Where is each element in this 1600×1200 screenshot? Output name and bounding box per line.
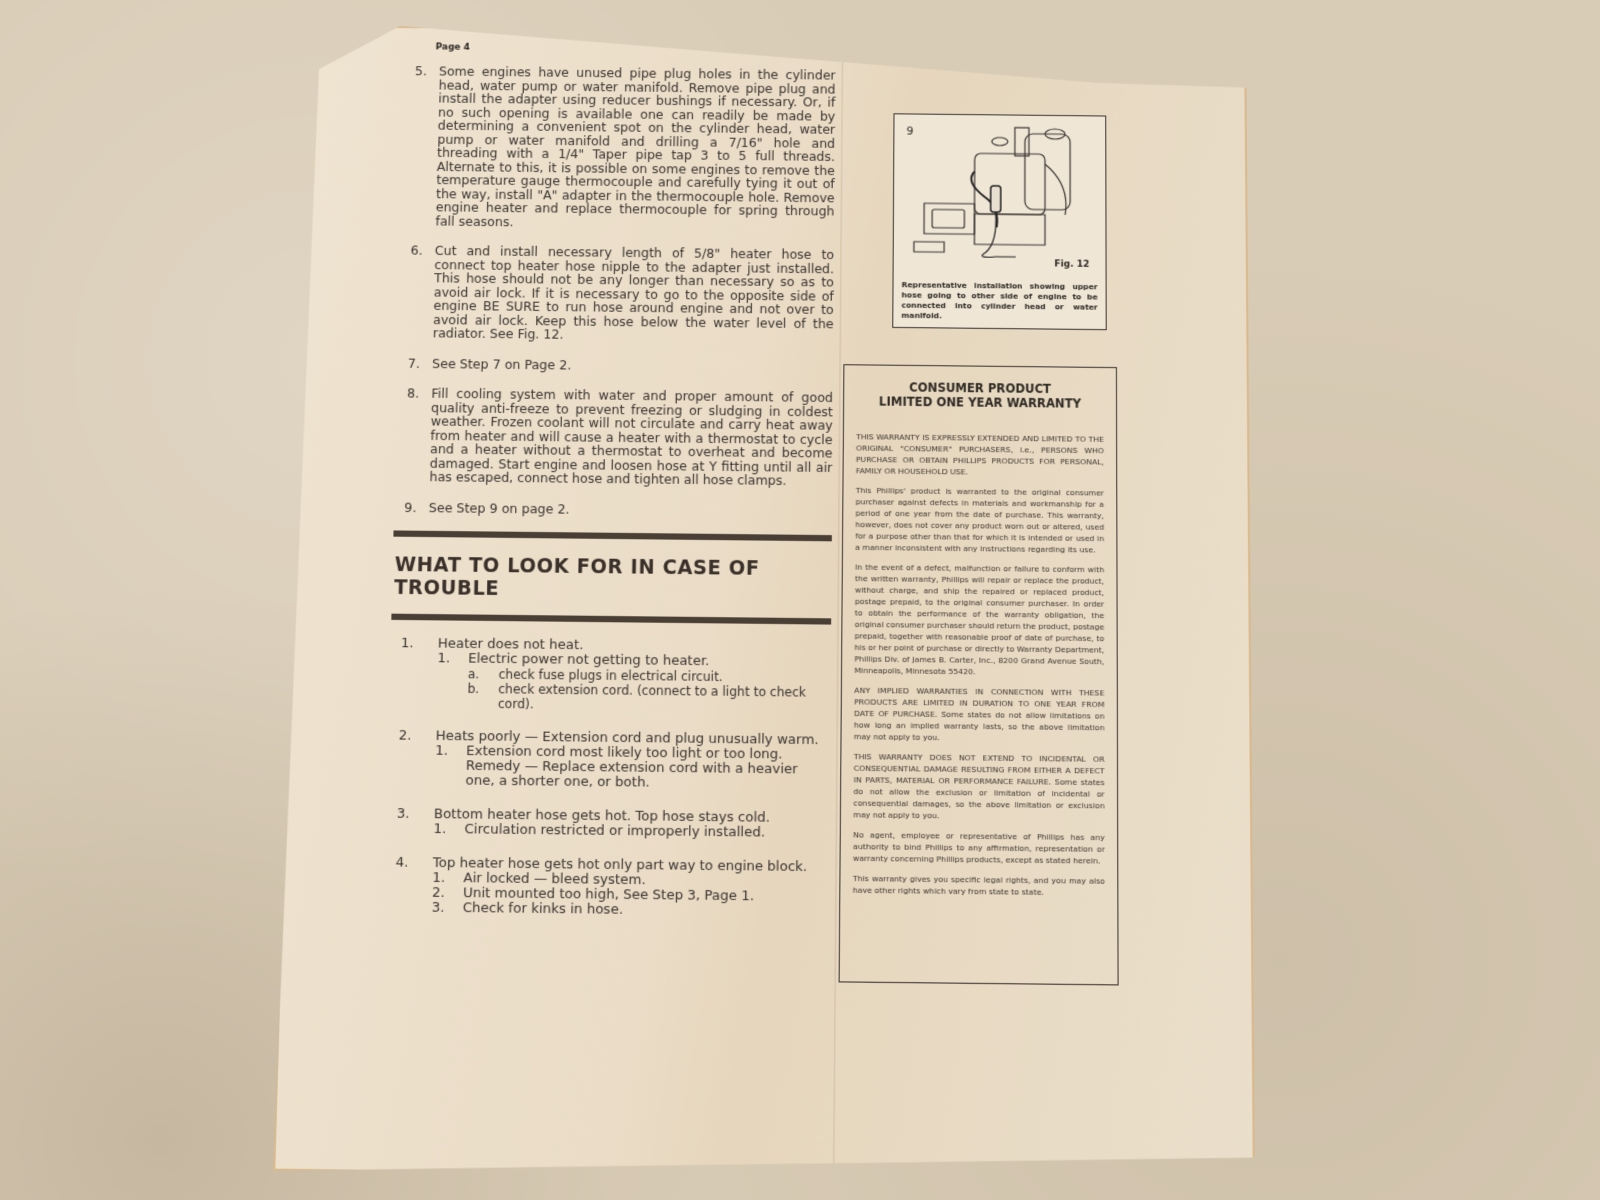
step-text: See Step 9 on page 2. xyxy=(429,500,833,518)
step-item: 5. Some engines have unused pipe plug ho… xyxy=(411,64,836,232)
engine-illustration-icon xyxy=(904,122,1096,265)
step-item: 8. Fill cooling system with water and pr… xyxy=(405,386,833,488)
figure-caption: Representative installation showing uppe… xyxy=(901,280,1097,323)
step-text: Some engines have unused pipe plug holes… xyxy=(435,64,835,231)
cause-text: Check for kinks in hose. xyxy=(463,901,624,918)
page-number: Page 4 xyxy=(435,42,470,52)
step-number: 6. xyxy=(408,243,435,339)
trouble-number: 2. xyxy=(399,729,436,744)
trouble-list: 1.Heater does not heat. 1.Electric power… xyxy=(394,637,831,921)
step-text: Cut and install necessary length of 5/8"… xyxy=(433,244,835,344)
trouble-item: 3.Bottom heater hose gets hot. Top hose … xyxy=(396,807,829,841)
trouble-number: 4. xyxy=(395,856,433,871)
step-number: 7. xyxy=(408,356,433,370)
cause-number: 1. xyxy=(437,652,468,667)
warranty-paragraph: In the event of a defect, malfunction or… xyxy=(854,561,1104,678)
cause-text: Circulation restricted or improperly ins… xyxy=(464,823,765,841)
section-divider-top xyxy=(393,530,832,541)
trouble-number: 3. xyxy=(397,807,434,822)
warranty-paragraph: THIS WARRANTY DOES NOT EXTEND TO INCIDEN… xyxy=(853,751,1105,823)
warranty-title: CONSUMER PRODUCT LIMITED ONE YEAR WARRAN… xyxy=(856,380,1104,411)
trouble-item: 2.Heats poorly — Extension cord and plug… xyxy=(397,729,830,793)
step-number: 9. xyxy=(404,500,429,514)
warranty-box: CONSUMER PRODUCT LIMITED ONE YEAR WARRAN… xyxy=(839,364,1119,985)
cause-number: 1. xyxy=(433,822,464,837)
warranty-paragraph: This Phillips' product is warranted to t… xyxy=(855,485,1104,556)
trouble-section-title: WHAT TO LOOK FOR IN CASE OF TROUBLE xyxy=(394,553,832,603)
check-text: check extension cord. (connect to a ligh… xyxy=(498,682,831,715)
figure-engine-installation: 9 Fig. 12 Representative installation sh… xyxy=(892,113,1106,330)
step-item: 7. See Step 7 on Page 2. xyxy=(408,356,834,374)
warranty-paragraph: This warranty gives you specific legal r… xyxy=(853,873,1105,899)
step-item: 6. Cut and install necessary length of 5… xyxy=(408,243,834,344)
step-text: See Step 7 on Page 2. xyxy=(432,356,833,374)
step-number: 8. xyxy=(405,386,432,484)
instruction-sheet: Page 4 5. Some engines have unused pipe … xyxy=(273,25,1255,1181)
trouble-item: 4.Top heater hose gets hot only part way… xyxy=(394,856,829,920)
step-text: Fill cooling system with water and prope… xyxy=(429,386,833,488)
section-divider-bottom xyxy=(391,614,831,625)
warranty-paragraph: THIS WARRANTY IS EXPRESSLY EXTENDED AND … xyxy=(856,431,1104,479)
warranty-paragraph: No agent, employee or representative of … xyxy=(853,829,1105,867)
check-letter: b. xyxy=(467,681,498,711)
trouble-number: 1. xyxy=(401,637,438,652)
figure-label: Fig. 12 xyxy=(1054,259,1089,270)
trouble-item: 1.Heater does not heat. 1.Electric power… xyxy=(399,637,831,715)
warranty-title-line2: LIMITED ONE YEAR WARRANTY xyxy=(856,394,1104,411)
check-letter: a. xyxy=(468,667,499,682)
cause-number: 1. xyxy=(434,744,466,789)
install-steps: 5. Some engines have unused pipe plug ho… xyxy=(404,64,836,518)
cause-number: 3. xyxy=(432,901,463,916)
cause-text: Extension cord most likely too light or … xyxy=(465,744,830,792)
warranty-paragraph: ANY IMPLIED WARRANTIES IN CONNECTION WIT… xyxy=(854,685,1105,746)
step-item: 9. See Step 9 on page 2. xyxy=(404,500,832,519)
left-column: 5. Some engines have unused pipe plug ho… xyxy=(394,64,836,939)
